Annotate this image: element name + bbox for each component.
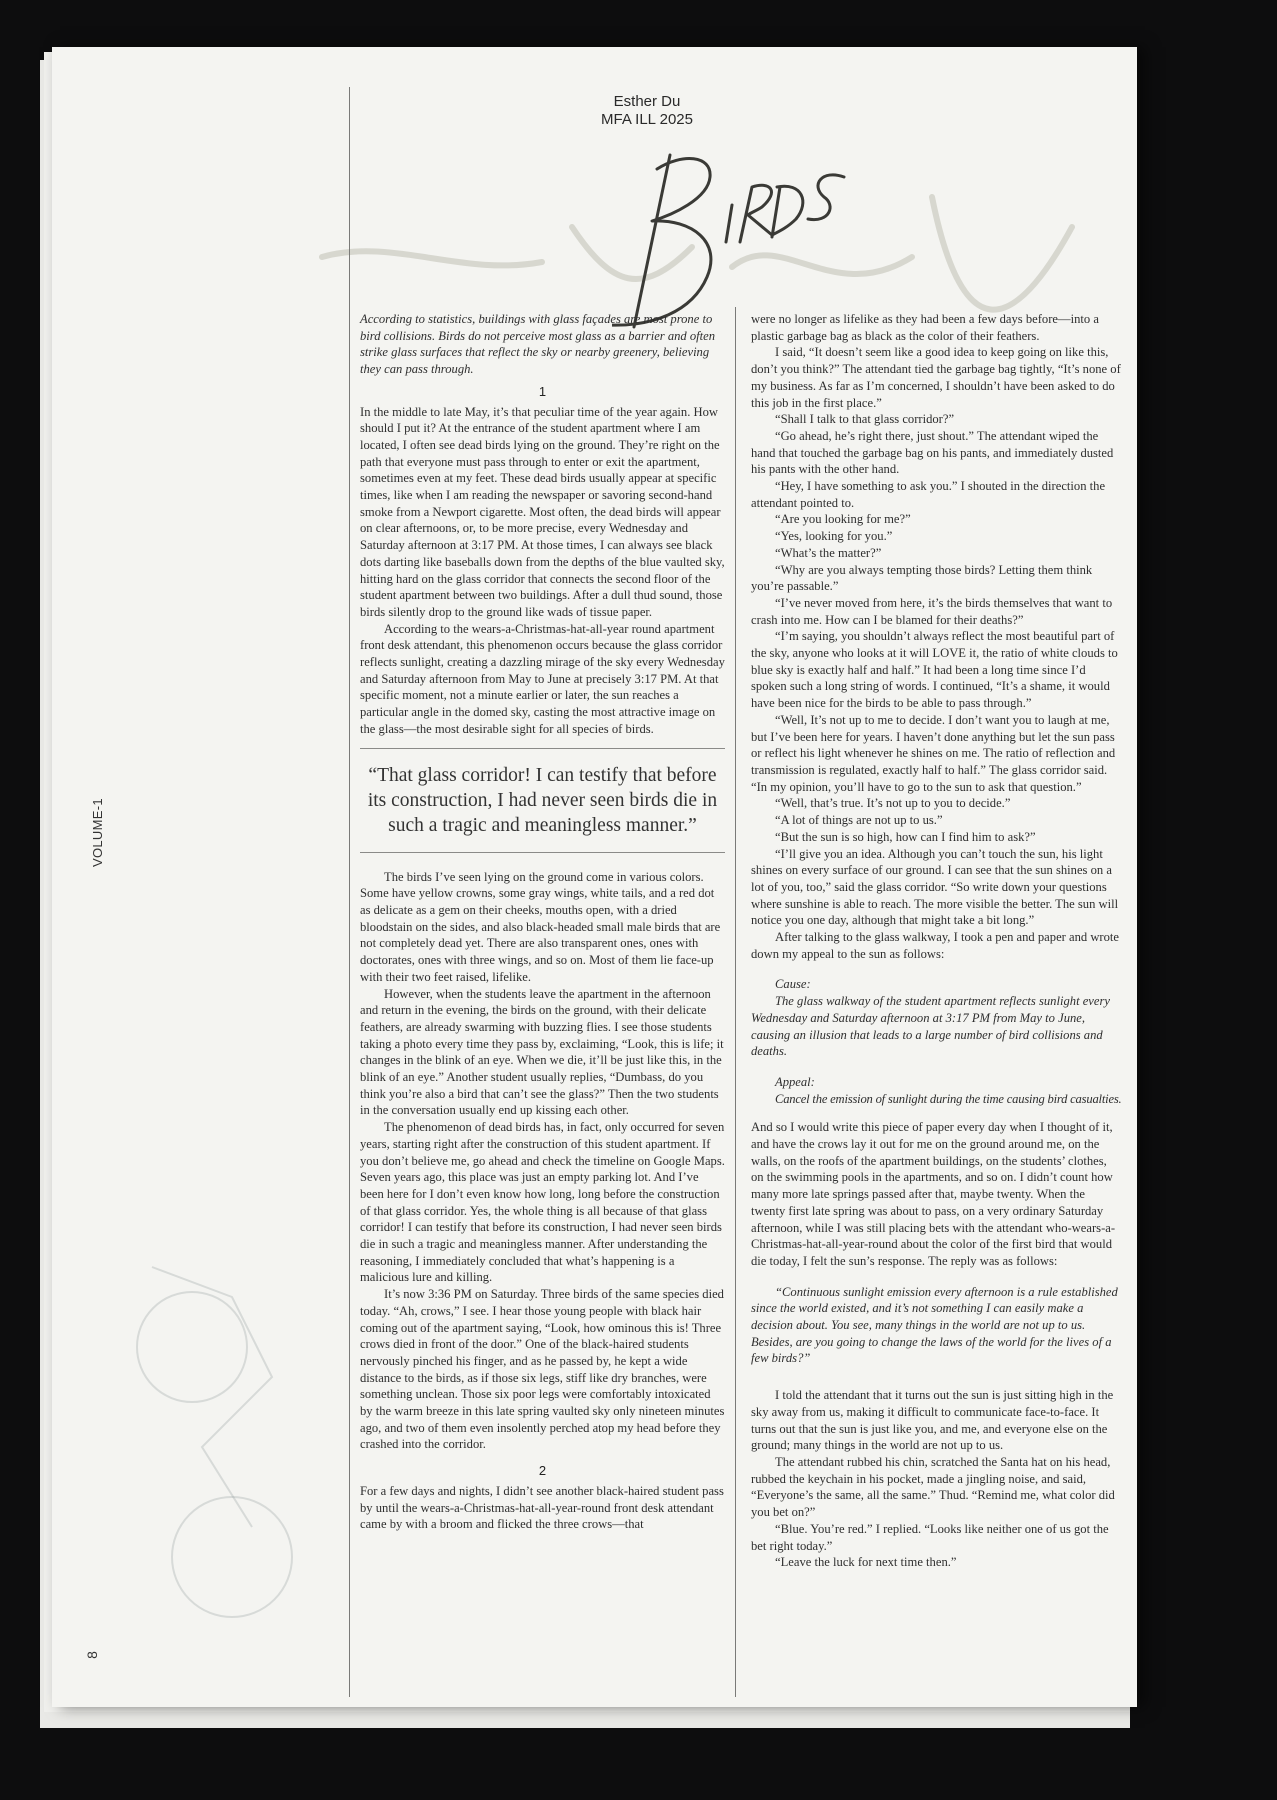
section-number-2: 2: [360, 1463, 725, 1480]
volume-label: VOLUME-1: [90, 798, 105, 867]
body-paragraph: The birds I’ve seen lying on the ground …: [360, 869, 725, 986]
page-number: 8: [84, 1651, 100, 1659]
appeal-text: Cancel the emission of sunlight during t…: [751, 1091, 1121, 1108]
center-column-rule: [735, 307, 736, 1697]
document-page: VOLUME-1 8 Esther Du MFA ILL 2025 BIRDS …: [52, 47, 1137, 1707]
dialogue-line: “What’s the matter?”: [751, 545, 1121, 562]
body-paragraph: According to the wears-a-Christmas-hat-a…: [360, 621, 725, 738]
intro-paragraph: According to statistics, buildings with …: [360, 311, 725, 378]
dialogue-line: I said, “It doesn’t seem like a good ide…: [751, 344, 1121, 411]
dialogue-line: “Well, that’s true. It’s not up to you t…: [751, 795, 1121, 812]
body-paragraph: I told the attendant that it turns out t…: [751, 1387, 1121, 1454]
appeal-label: Appeal:: [751, 1074, 1121, 1091]
body-paragraph: The phenomenon of dead birds has, in fac…: [360, 1119, 725, 1286]
dialogue-line: “I’ve never moved from here, it’s the bi…: [751, 595, 1121, 628]
body-paragraph: It’s now 3:36 PM on Saturday. Three bird…: [360, 1286, 725, 1453]
right-column: were no longer as lifelike as they had b…: [751, 311, 1121, 1571]
pull-quote: “That glass corridor! I can testify that…: [360, 748, 725, 853]
dialogue-line: “Why are you always tempting those birds…: [751, 562, 1121, 595]
dialogue-line: “Well, It’s not up to me to decide. I do…: [751, 712, 1121, 796]
byline: Esther Du MFA ILL 2025: [552, 93, 742, 129]
author-name: Esther Du: [552, 93, 742, 111]
dialogue-line: “Hey, I have something to ask you.” I sh…: [751, 478, 1121, 511]
left-column-rule: [349, 87, 350, 1697]
dialogue-line: “A lot of things are not up to us.”: [751, 812, 1121, 829]
sun-reply-quote: “Continuous sunlight emission every afte…: [751, 1284, 1121, 1368]
section-number-1: 1: [360, 384, 725, 401]
dialogue-line: “I’ll give you an idea. Although you can…: [751, 846, 1121, 930]
body-paragraph: And so I would write this piece of paper…: [751, 1119, 1121, 1269]
dialogue-line: “Leave the luck for next time then.”: [751, 1554, 1121, 1571]
body-paragraph: In the middle to late May, it’s that pec…: [360, 404, 725, 621]
dialogue-line: “But the sun is so high, how can I find …: [751, 829, 1121, 846]
dialogue-line: “Shall I talk to that glass corridor?”: [751, 411, 1121, 428]
title-lettering-birds: BIRDS: [612, 147, 852, 337]
dialogue-line: “I’m saying, you shouldn’t always reflec…: [751, 628, 1121, 712]
cause-label: Cause:: [751, 976, 1121, 993]
body-paragraph: The attendant rubbed his chin, scratched…: [751, 1454, 1121, 1521]
cause-text: The glass walkway of the student apartme…: [751, 993, 1121, 1060]
dialogue-line: “Are you looking for me?”: [751, 511, 1121, 528]
left-column: According to statistics, buildings with …: [360, 311, 725, 1533]
appeal-letter: Cause: The glass walkway of the student …: [751, 976, 1121, 1107]
body-paragraph: For a few days and nights, I didn’t see …: [360, 1483, 725, 1533]
body-paragraph: However, when the students leave the apa…: [360, 986, 725, 1120]
show-through-bicycle-sketch: [112, 1227, 372, 1647]
dialogue-line: “Yes, looking for you.”: [751, 528, 1121, 545]
dialogue-line: After talking to the glass walkway, I to…: [751, 929, 1121, 962]
program-year: MFA ILL 2025: [552, 111, 742, 129]
body-paragraph: were no longer as lifelike as they had b…: [751, 311, 1121, 344]
dialogue-line: “Blue. You’re red.” I replied. “Looks li…: [751, 1521, 1121, 1554]
dialogue-line: “Go ahead, he’s right there, just shout.…: [751, 428, 1121, 478]
